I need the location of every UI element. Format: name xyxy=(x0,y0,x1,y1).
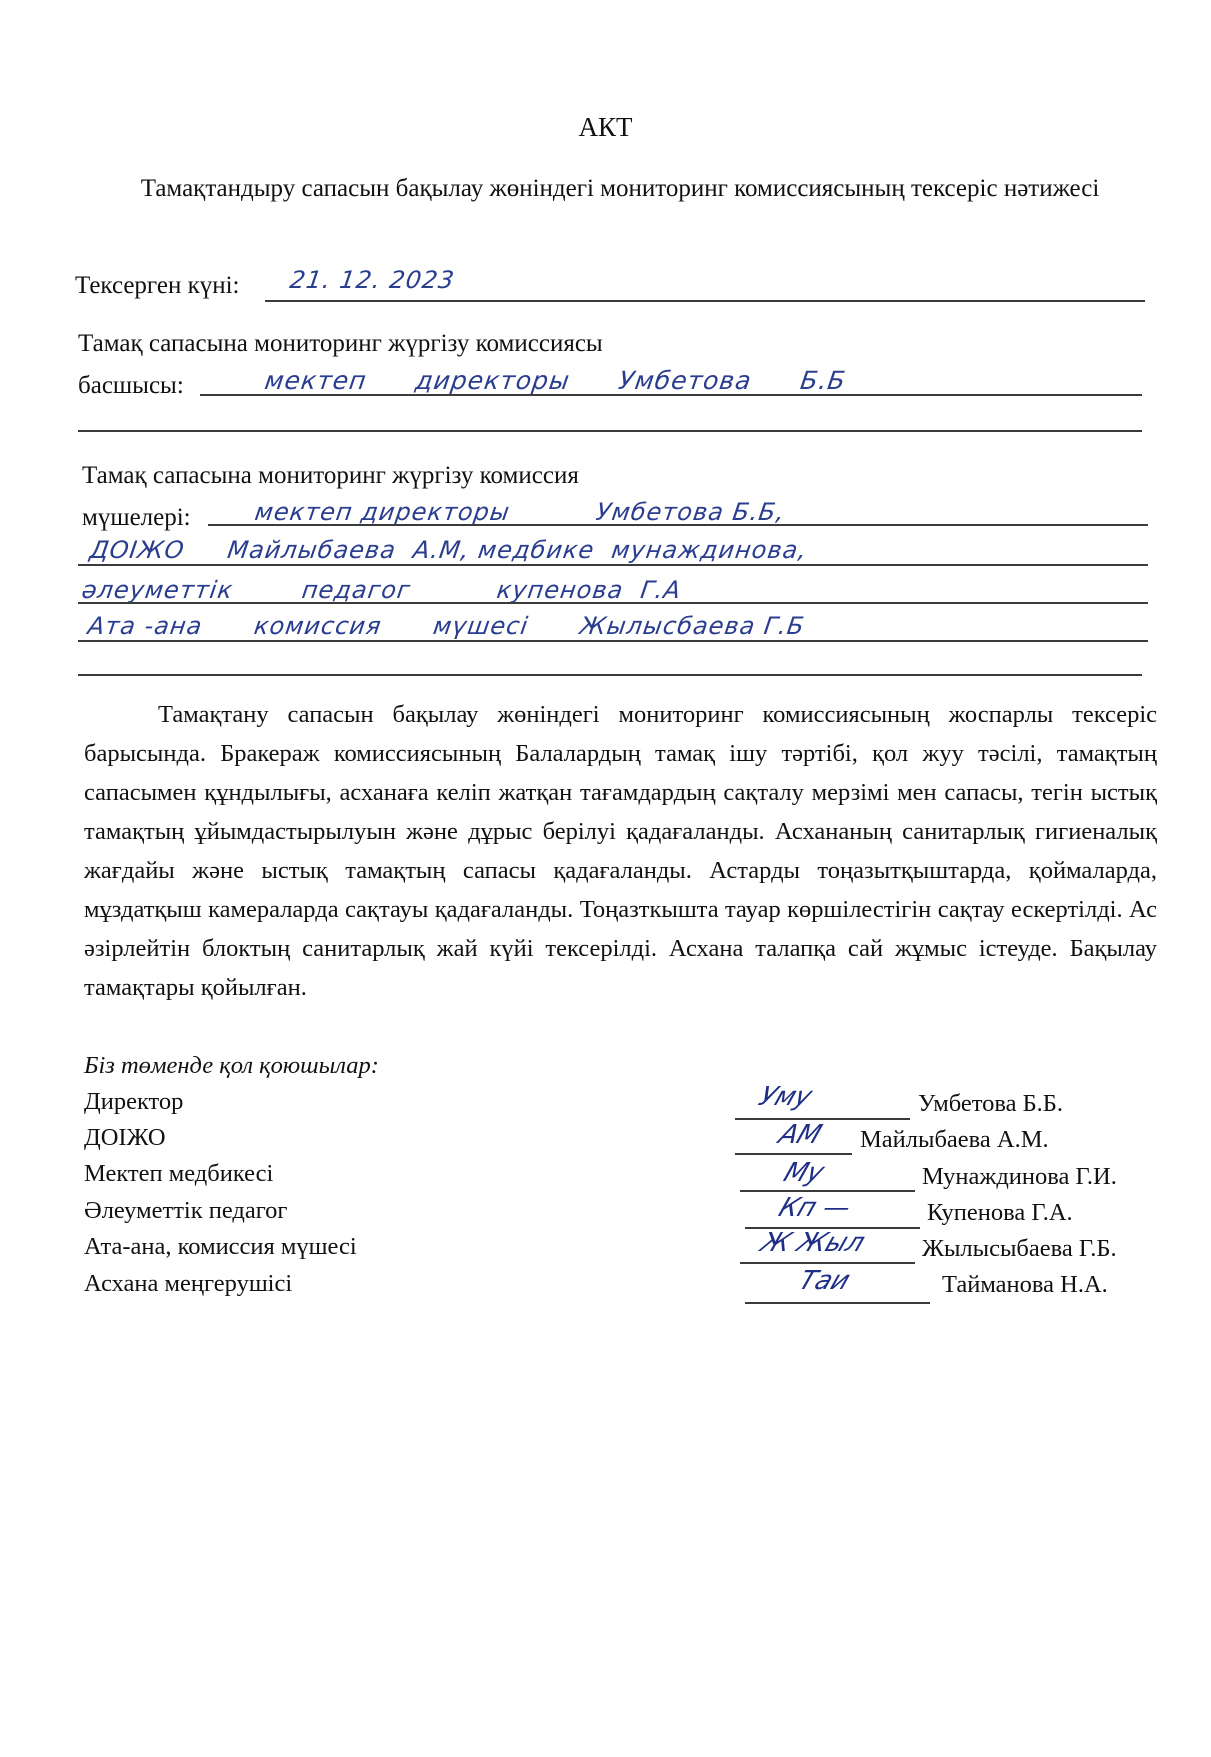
signature-line xyxy=(740,1190,915,1192)
signer-name: Мунаждинова Г.И. xyxy=(922,1163,1117,1191)
commission-member-line: Ата -ана комиссия мүшесі Жылысбаева Г.Б xyxy=(86,612,806,640)
signature-scribble: Ж Жыл xyxy=(757,1228,869,1258)
members-blank-line xyxy=(78,674,1142,676)
inspection-findings-paragraph: Тамақтану сапасын бақылау жөніндегі мони… xyxy=(84,695,1157,1007)
signer-name: Майлыбаева А.М. xyxy=(860,1126,1049,1154)
members-line-3 xyxy=(78,602,1148,604)
signatures-heading: Біз төменде қол қоюшылар: xyxy=(84,1052,379,1080)
signature-line xyxy=(745,1302,930,1304)
commission-members-label-1: Тамақ сапасына мониторинг жүргізу комисс… xyxy=(82,462,579,490)
inspection-findings-text: Тамақтану сапасын бақылау жөніндегі мони… xyxy=(84,701,1157,1001)
signer-name: Купенова Г.А. xyxy=(927,1199,1073,1227)
signature-scribble: Уму xyxy=(755,1082,817,1112)
members-line-1 xyxy=(208,524,1148,526)
commission-members-label-2: мүшелері: xyxy=(82,504,191,532)
signer-role: ДОІЖО xyxy=(84,1124,166,1152)
members-line-2 xyxy=(78,564,1148,566)
commission-head-value: мектеп директоры Умбетова Б.Б xyxy=(263,366,848,395)
signer-name: Жылысыбаева Г.Б. xyxy=(922,1235,1117,1263)
commission-head-label-1: Тамақ сапасына мониторинг жүргізу комисс… xyxy=(78,330,603,358)
signature-line xyxy=(735,1153,852,1155)
members-line-4 xyxy=(78,640,1148,642)
signature-scribble: Таи xyxy=(795,1266,855,1296)
signature-scribble: Кп — xyxy=(775,1193,856,1223)
signer-name: Тайманова Н.А. xyxy=(942,1271,1108,1299)
signer-name: Умбетова Б.Б. xyxy=(918,1090,1063,1118)
commission-head-blank-line xyxy=(78,430,1142,432)
inspection-date-line xyxy=(265,300,1145,302)
document-title: АКТ xyxy=(0,112,1211,143)
signer-role: Ата-ана, комиссия мүшесі xyxy=(84,1233,357,1261)
signer-role: Мектеп медбикесі xyxy=(84,1160,273,1188)
commission-member-line: мектеп директоры Умбетова Б.Б, xyxy=(253,498,787,526)
commission-member-line: ДОІЖО Майлыбаева А.М, медбике мунаждинов… xyxy=(88,536,809,564)
inspection-date-value: 21. 12. 2023 xyxy=(288,266,457,294)
signature-scribble: АМ xyxy=(775,1120,826,1150)
signature-line xyxy=(740,1262,915,1264)
commission-member-line: әлеуметтік педагог купенова Г.А xyxy=(80,576,683,604)
signer-role: Директор xyxy=(84,1088,183,1116)
signer-role: Әлеуметтік педагог xyxy=(84,1197,287,1225)
signature-scribble: Му xyxy=(780,1158,829,1188)
commission-head-label-2: басшысы: xyxy=(78,372,184,400)
commission-head-line xyxy=(200,394,1142,396)
document-subtitle: Тамақтандыру сапасын бақылау жөніндегі м… xyxy=(90,168,1150,210)
inspection-date-label: Тексерген күні: xyxy=(75,272,240,300)
signer-role: Асхана меңгерушісі xyxy=(84,1270,292,1298)
